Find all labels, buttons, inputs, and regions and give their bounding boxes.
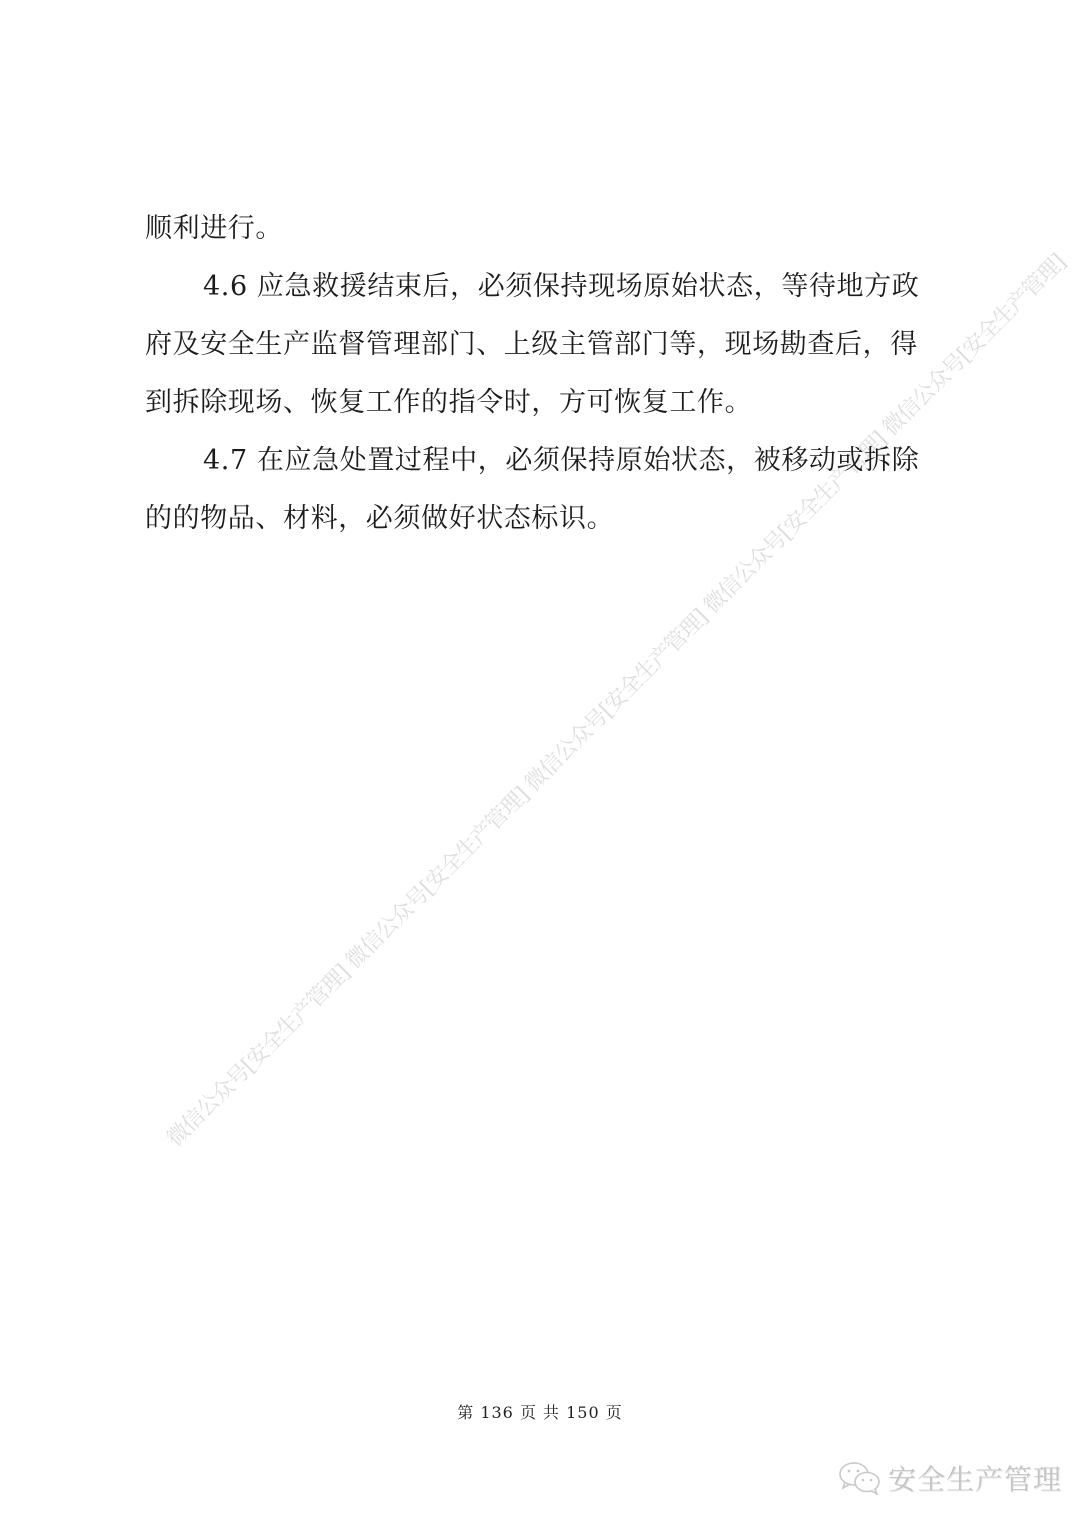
page-number-footer: 第 136 页 共 150 页 xyxy=(0,1400,1080,1423)
brand-badge: 安全生产管理 xyxy=(838,1458,1062,1498)
paragraph-4-7-line-1: 4.7 在应急处置过程中，必须保持原始状态，被移动或拆除 xyxy=(145,432,947,490)
brand-label: 安全生产管理 xyxy=(888,1458,1062,1498)
paragraph-4-6-line-1: 4.6 应急救援结束后，必须保持现场原始状态，等待地方政 xyxy=(145,258,947,316)
paragraph-4-6-line-3: 到拆除现场、恢复工作的指令时，方可恢复工作。 xyxy=(145,374,947,432)
paragraph-4-7-line-2: 的的物品、材料，必须做好状态标识。 xyxy=(145,490,947,548)
document-page: 微信公众号[安全生产管理] 微信公众号[安全生产管理] 微信公众号[安全生产管理… xyxy=(0,0,1080,1528)
document-body: 顺利进行。 4.6 应急救援结束后，必须保持现场原始状态，等待地方政 府及安全生… xyxy=(145,200,947,548)
paragraph-4-6-line-2: 府及安全生产监督管理部门、上级主管部门等，现场勘查后，得 xyxy=(145,316,947,374)
wechat-icon xyxy=(838,1461,882,1495)
paragraph-continuation-line-1: 顺利进行。 xyxy=(145,200,947,258)
